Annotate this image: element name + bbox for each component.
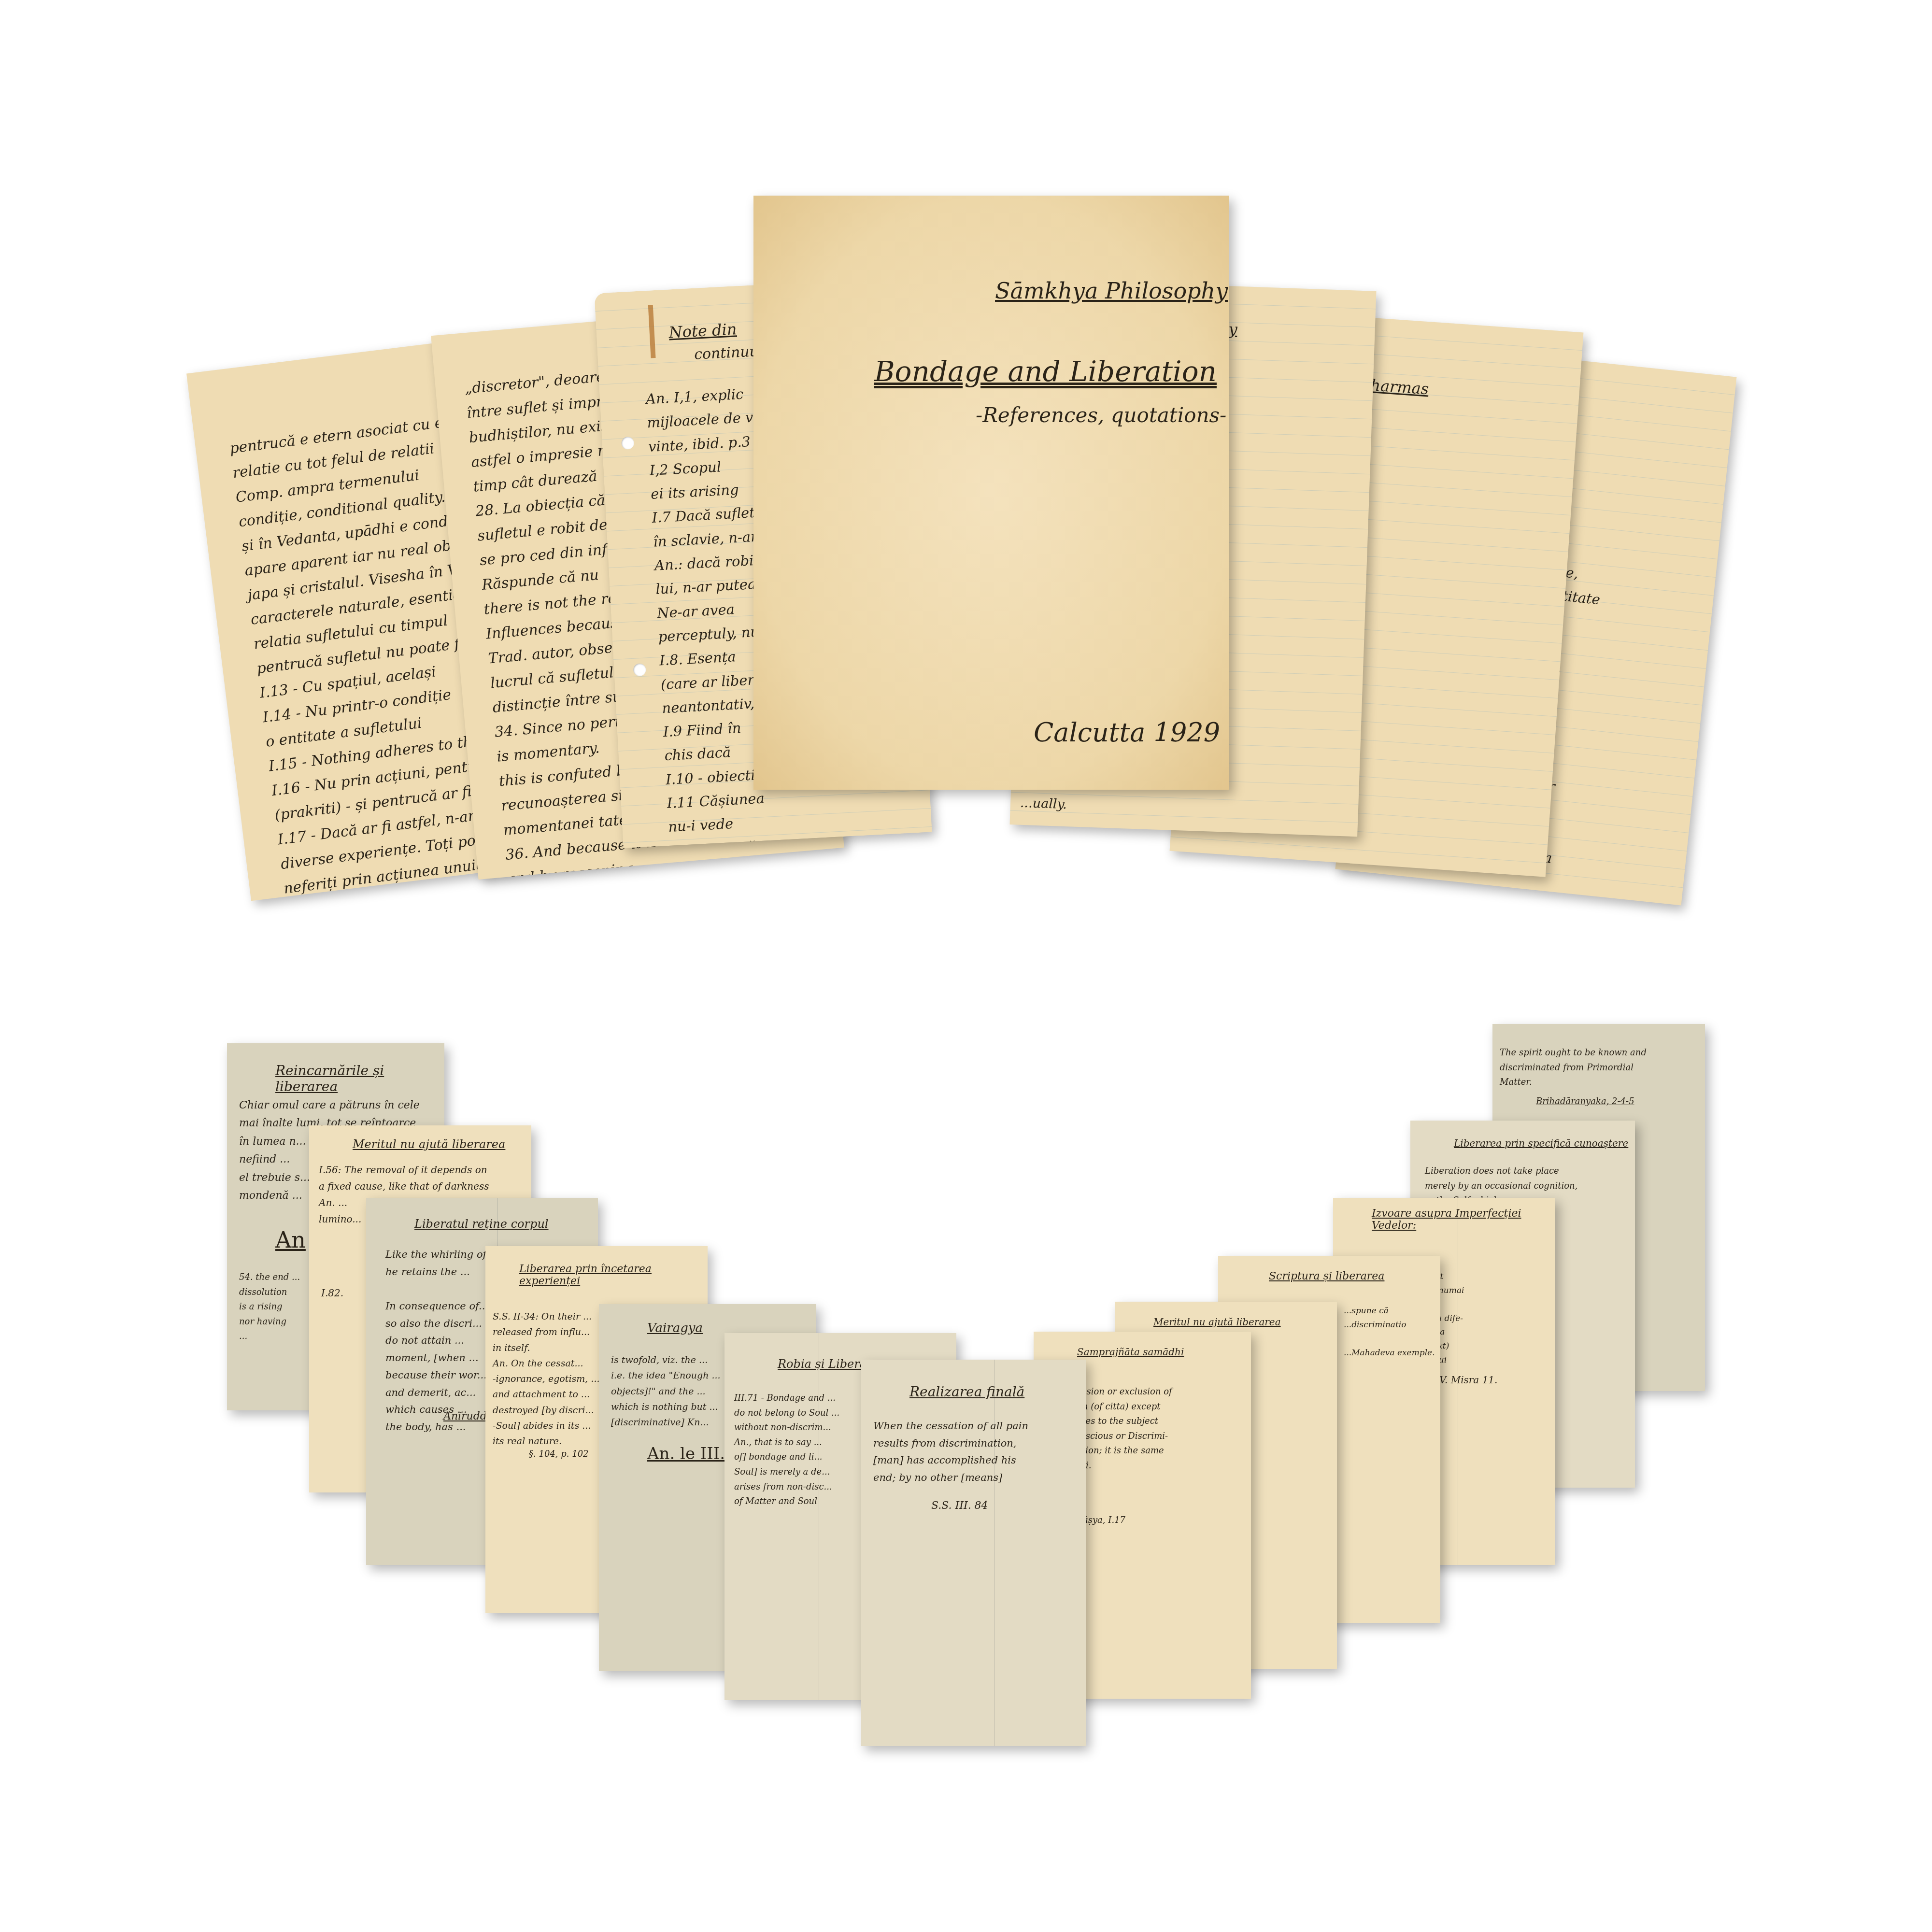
card-footer: S.S. III. 84: [931, 1500, 988, 1512]
card-title: Scriptura și liberarea: [1269, 1270, 1384, 1282]
cover-place-date: Calcutta 1929: [1034, 717, 1220, 748]
card-title: Izvoare asupra Imperfecției Vedelor:: [1372, 1207, 1536, 1232]
card-text: S.S. II-34: On their ... released from i…: [493, 1309, 599, 1449]
cover-subtitle: -References, quotations-: [976, 403, 1226, 427]
margin-rule: [819, 1333, 819, 1700]
card-mark: An. le III.: [647, 1444, 725, 1463]
punch-hole: [633, 663, 646, 676]
card-mark: An: [275, 1227, 306, 1253]
card-title: Liberatul reține corpul: [414, 1217, 549, 1231]
card-title: Reincarnările și liberarea: [275, 1063, 444, 1094]
cover-title: Bondage and Liberation: [874, 355, 1217, 388]
card-title: Vairagya: [647, 1321, 703, 1335]
card-footer: I.82.: [321, 1285, 343, 1301]
card-text: When the cessation of all pain results f…: [873, 1418, 1028, 1487]
card-text: is twofold, viz. the ... i.e. the idea "…: [611, 1352, 721, 1430]
cover-subject: Sāmkhya Philosophy: [995, 278, 1228, 304]
ink-stain: [648, 305, 656, 358]
card-title: Meritul nu ajută liberarea: [1153, 1316, 1281, 1328]
card-title: Meritul nu ajută liberarea: [353, 1137, 505, 1151]
card-title: Samprajñāta samādhi: [1077, 1346, 1184, 1358]
card-text: The spirit ought to be known and discrim…: [1500, 1046, 1647, 1090]
card-text: ...spune că ...discriminatio ...Mahadeva…: [1344, 1304, 1435, 1360]
cover-page: Sāmkhya Philosophy Bondage and Liberatio…: [753, 196, 1229, 790]
punch-hole: [621, 437, 634, 450]
card-footer: 54. the end ... dissolution is a rising …: [239, 1270, 300, 1344]
card-title: Liberarea prin încetarea experienței: [519, 1263, 708, 1287]
page-header: Note din: [668, 320, 737, 341]
note-card-realizarea-finala: Realizarea finală When the cessation of …: [861, 1360, 1086, 1746]
card-text: III.71 - Bondage and ... do not belong t…: [734, 1391, 839, 1509]
page-subheader: continuu: [694, 343, 759, 363]
card-title: Liberarea prin specifică cunoaștere: [1454, 1137, 1628, 1149]
card-footer: V. Misra 11.: [1439, 1374, 1497, 1386]
card-title: Realizarea finală: [909, 1384, 1024, 1400]
card-footer: §. 104, p. 102: [529, 1449, 589, 1459]
card-footer: Brihadāranyaka, 2-4-5: [1536, 1096, 1634, 1107]
